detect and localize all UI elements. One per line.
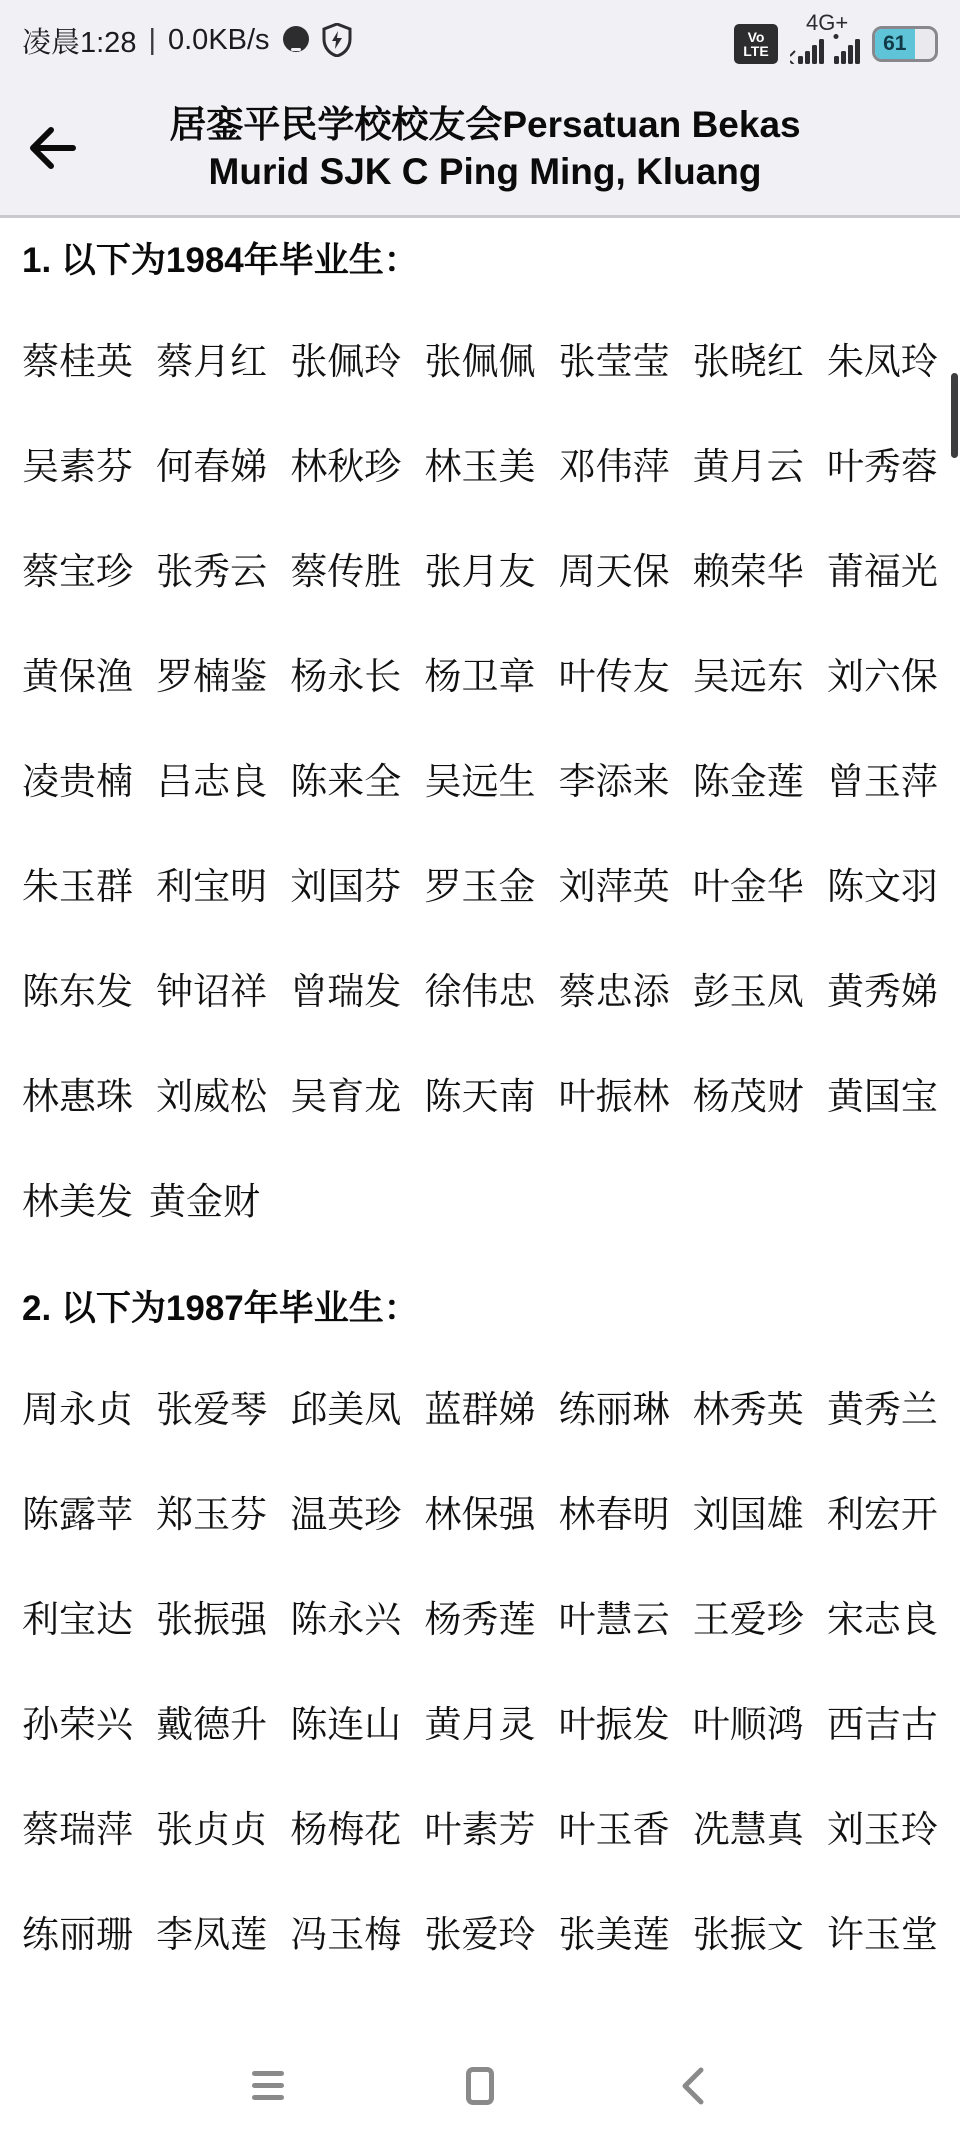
alumni-row: 林惠珠刘威松吴育龙陈天南叶振林杨茂财黄国宝 — [22, 1076, 938, 1118]
alumni-name: 李凤莲 — [156, 1914, 267, 1956]
signal-cluster: 4G+ — [790, 16, 860, 64]
alumni-name: 周永贞 — [22, 1389, 133, 1431]
volte-icon: Vo LTE — [734, 24, 778, 64]
alumni-name: 赖荣华 — [693, 551, 804, 593]
page-title: 居銮平民学校校友会Persatuan Bekas Murid SJK C Pin… — [0, 101, 960, 195]
alumni-name: 吴远生 — [424, 761, 535, 803]
back-button[interactable] — [22, 118, 82, 178]
alumni-name: 朱凤玲 — [827, 341, 938, 383]
alumni-name: 林惠珠 — [22, 1076, 133, 1118]
alumni-name: 曾瑞发 — [290, 971, 401, 1013]
alumni-row: 陈东发钟诏祥曾瑞发徐伟忠蔡忠添彭玉凤黄秀娣 — [22, 971, 938, 1013]
alumni-name: 何春娣 — [156, 446, 267, 488]
menu-icon — [252, 2071, 284, 2100]
alumni-name: 张振强 — [156, 1599, 267, 1641]
alumni-name: 彭玉凤 — [693, 971, 804, 1013]
alumni-name: 林保强 — [424, 1494, 535, 1536]
alumni-name: 吴育龙 — [290, 1076, 401, 1118]
battery-percent: 61 — [875, 29, 915, 59]
alumni-name: 刘玉玲 — [827, 1809, 938, 1851]
alumni-name: 刘六保 — [827, 656, 938, 698]
alumni-name: 蔡桂英 — [22, 341, 133, 383]
alumni-name: 杨永长 — [290, 656, 401, 698]
alumni-name: 练丽珊 — [22, 1914, 133, 1956]
alumni-name: 杨秀莲 — [424, 1599, 535, 1641]
alumni-name: 叶振林 — [559, 1076, 670, 1118]
alumni-row: 练丽珊李凤莲冯玉梅张爱玲张美莲张振文许玉堂 — [22, 1914, 938, 1956]
alumni-name: 蔡宝珍 — [22, 551, 133, 593]
alumni-name: 杨梅花 — [290, 1809, 401, 1851]
alumni-name: 张莹莹 — [559, 341, 670, 383]
alumni-name: 吕志良 — [156, 761, 267, 803]
alumni-row: 凌贵楠吕志良陈来全吴远生李添来陈金莲曾玉萍 — [22, 761, 938, 803]
volte-line1: Vo — [748, 30, 765, 44]
alumni-name: 黄月灵 — [424, 1704, 535, 1746]
alumni-name: 叶慧云 — [559, 1599, 670, 1641]
alumni-name: 黄保渔 — [22, 656, 133, 698]
alumni-name: 黄金财 — [149, 1181, 260, 1223]
alumni-name: 刘萍英 — [559, 866, 670, 908]
alumni-name: 许玉堂 — [827, 1914, 938, 1956]
alumni-name: 陈永兴 — [290, 1599, 401, 1641]
alumni-name: 曾玉萍 — [827, 761, 938, 803]
clock: 凌晨1:28 — [22, 20, 136, 61]
battery-indicator: 61 — [872, 26, 938, 62]
alumni-name: 蔡传胜 — [290, 551, 401, 593]
alumni-name: 莆福光 — [827, 551, 938, 593]
app-header: 居銮平民学校校友会Persatuan Bekas Murid SJK C Pin… — [0, 80, 960, 218]
alumni-name: 徐伟忠 — [424, 971, 535, 1013]
do-not-disturb-icon — [280, 24, 312, 56]
alumni-name: 叶顺鸿 — [693, 1704, 804, 1746]
alumni-name: 黄月云 — [693, 446, 804, 488]
alumni-name: 陈连山 — [290, 1704, 401, 1746]
alumni-name: 郑玉芬 — [156, 1494, 267, 1536]
back-arrow-icon — [25, 123, 79, 173]
battery-saver-icon — [322, 23, 352, 57]
home-button[interactable] — [458, 2064, 502, 2108]
alumni-name: 利宝明 — [156, 866, 267, 908]
alumni-name: 陈露苹 — [22, 1494, 133, 1536]
alumni-name: 黄秀娣 — [827, 971, 938, 1013]
page-title-line1: 居銮平民学校校友会Persatuan Bekas — [169, 104, 800, 145]
alumni-name: 张佩玲 — [290, 341, 401, 383]
alumni-row: 陈露苹郑玉芬温英珍林保强林春明刘国雄利宏开 — [22, 1494, 938, 1536]
alumni-name: 冯玉梅 — [290, 1914, 401, 1956]
alumni-name: 吴素芬 — [22, 446, 133, 488]
alumni-name: 练丽琳 — [559, 1389, 670, 1431]
alumni-name: 张秀云 — [156, 551, 267, 593]
alumni-name: 张爱琴 — [156, 1389, 267, 1431]
chevron-left-icon — [677, 2064, 707, 2108]
sections: 1. 以下为1984年毕业生：蔡桂英蔡月红张佩玲张佩佩张莹莹张晓红朱凤玲吴素芬何… — [22, 238, 938, 1956]
alumni-name: 叶素芳 — [424, 1809, 535, 1851]
alumni-row: 孙荣兴戴德升陈连山黄月灵叶振发叶顺鸿西吉古 — [22, 1704, 938, 1746]
alumni-row: 蔡瑞萍张贞贞杨梅花叶素芳叶玉香冼慧真刘玉玲 — [22, 1809, 938, 1851]
alumni-name: 林春明 — [559, 1494, 670, 1536]
alumni-name: 宋志良 — [827, 1599, 938, 1641]
alumni-name: 刘威松 — [156, 1076, 267, 1118]
signal-bars-icon — [790, 34, 824, 64]
volte-line2: LTE — [743, 44, 768, 58]
status-bar: 凌晨1:28 | 0.0KB/s Vo LTE 4G+ — [0, 0, 960, 80]
alumni-name: 叶玉香 — [559, 1809, 670, 1851]
alumni-name: 蔡瑞萍 — [22, 1809, 133, 1851]
alumni-name: 罗楠鉴 — [156, 656, 267, 698]
alumni-name: 邓伟萍 — [559, 446, 670, 488]
alumni-row: 林美发黄金财 — [22, 1181, 938, 1223]
alumni-name: 林秀英 — [693, 1389, 804, 1431]
alumni-name: 陈东发 — [22, 971, 133, 1013]
alumni-name: 张振文 — [693, 1914, 804, 1956]
alumni-name: 孙荣兴 — [22, 1704, 133, 1746]
section-heading: 2. 以下为1987年毕业生： — [22, 1286, 938, 1332]
alumni-row: 周永贞张爱琴邱美凤蓝群娣练丽琳林秀英黄秀兰 — [22, 1389, 938, 1431]
alumni-name: 林美发 — [22, 1181, 133, 1223]
signal-bars-icon-2 — [832, 34, 860, 64]
alumni-name: 叶传友 — [559, 656, 670, 698]
alumni-name: 凌贵楠 — [22, 761, 133, 803]
alumni-row: 蔡宝珍张秀云蔡传胜张月友周天保赖荣华莆福光 — [22, 551, 938, 593]
alumni-name: 林秋珍 — [290, 446, 401, 488]
alumni-name: 邱美凤 — [290, 1389, 401, 1431]
alumni-name: 陈来全 — [290, 761, 401, 803]
alumni-name: 叶金华 — [693, 866, 804, 908]
status-separator: | — [146, 24, 158, 57]
alumni-name: 吴远东 — [693, 656, 804, 698]
network-speed: 0.0KB/s — [168, 24, 270, 57]
alumni-name: 张月友 — [424, 551, 535, 593]
alumni-name: 刘国雄 — [693, 1494, 804, 1536]
navigation-bar — [0, 2038, 960, 2133]
alumni-name: 李添来 — [559, 761, 670, 803]
alumni-name: 蓝群娣 — [424, 1389, 535, 1431]
alumni-name: 黄秀兰 — [827, 1389, 938, 1431]
phone-screen: 凌晨1:28 | 0.0KB/s Vo LTE 4G+ — [0, 0, 960, 2133]
alumni-name: 杨茂财 — [693, 1076, 804, 1118]
alumni-row: 利宝达张振强陈永兴杨秀莲叶慧云王爱珍宋志良 — [22, 1599, 938, 1641]
alumni-name: 叶振发 — [559, 1704, 670, 1746]
alumni-name: 周天保 — [559, 551, 670, 593]
home-icon — [466, 2067, 494, 2105]
alumni-name: 张佩佩 — [424, 341, 535, 383]
alumni-name: 蔡月红 — [156, 341, 267, 383]
alumni-name: 罗玉金 — [424, 866, 535, 908]
scrollbar[interactable] — [951, 373, 958, 458]
section-heading: 1. 以下为1984年毕业生： — [22, 238, 938, 284]
alumni-name: 利宏开 — [827, 1494, 938, 1536]
alumni-row: 蔡桂英蔡月红张佩玲张佩佩张莹莹张晓红朱凤玲 — [22, 341, 938, 383]
alumni-name: 张贞贞 — [156, 1809, 267, 1851]
alumni-row: 朱玉群利宝明刘国芬罗玉金刘萍英叶金华陈文羽 — [22, 866, 938, 908]
alumni-name: 叶秀蓉 — [827, 446, 938, 488]
alumni-name: 林玉美 — [424, 446, 535, 488]
alumni-name: 陈天南 — [424, 1076, 535, 1118]
alumni-name: 蔡忠添 — [559, 971, 670, 1013]
status-bar-right: Vo LTE 4G+ — [734, 16, 938, 64]
nav-back-button[interactable] — [670, 2064, 714, 2108]
alumni-name: 杨卫章 — [424, 656, 535, 698]
alumni-row: 吴素芬何春娣林秋珍林玉美邓伟萍黄月云叶秀蓉 — [22, 446, 938, 488]
status-bar-left: 凌晨1:28 | 0.0KB/s — [22, 20, 352, 61]
content-area: 1. 以下为1984年毕业生：蔡桂英蔡月红张佩玲张佩佩张莹莹张晓红朱凤玲吴素芬何… — [0, 218, 960, 1956]
alumni-name: 陈文羽 — [827, 866, 938, 908]
network-type-label: 4G+ — [806, 10, 848, 36]
alumni-name: 戴德升 — [156, 1704, 267, 1746]
alumni-name: 西吉古 — [827, 1704, 938, 1746]
alumni-name: 刘国芬 — [290, 866, 401, 908]
alumni-name: 钟诏祥 — [156, 971, 267, 1013]
alumni-name: 冼慧真 — [693, 1809, 804, 1851]
recents-button[interactable] — [246, 2064, 290, 2108]
alumni-name: 张晓红 — [693, 341, 804, 383]
alumni-name: 黄国宝 — [827, 1076, 938, 1118]
alumni-name: 利宝达 — [22, 1599, 133, 1641]
alumni-name: 张美莲 — [559, 1914, 670, 1956]
alumni-name: 温英珍 — [290, 1494, 401, 1536]
alumni-name: 王爱珍 — [693, 1599, 804, 1641]
page-title-line2: Murid SJK C Ping Ming, Kluang — [209, 151, 762, 192]
alumni-name: 张爱玲 — [424, 1914, 535, 1956]
alumni-name: 陈金莲 — [693, 761, 804, 803]
alumni-name: 朱玉群 — [22, 866, 133, 908]
alumni-row: 黄保渔罗楠鉴杨永长杨卫章叶传友吴远东刘六保 — [22, 656, 938, 698]
